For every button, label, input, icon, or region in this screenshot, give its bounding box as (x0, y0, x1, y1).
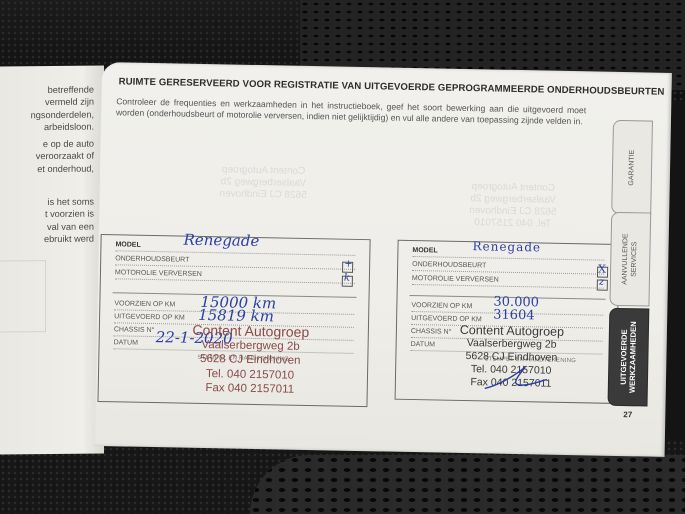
model-label: MODEL (115, 241, 142, 249)
oil-change-row: MOTOROLIE VERVERSEN (115, 267, 355, 284)
page-title: RUIMTE GERESERVEERD VOOR REGISTRATIE VAN… (119, 76, 665, 97)
oil-change-label: MOTOROLIE VERVERSEN (412, 275, 501, 284)
oil-change-checkbox[interactable]: k (342, 276, 353, 287)
text-line: betreffende (31, 84, 94, 97)
bleed-through-text: Content AutogroepVaalserbergweg 2b5628 C… (469, 181, 557, 231)
text-line: et onderhoud, (36, 162, 94, 175)
left-page-box (0, 260, 46, 333)
service-row: ONDERHOUDSBEURT (412, 259, 604, 275)
left-page: betreffende vermeld zijn ngsonderdelen, … (0, 65, 104, 454)
text-line: val van een (44, 220, 94, 233)
oil-change-label: MOTOROLIE VERVERSEN (115, 269, 204, 278)
right-page: RUIMTE GERESERVEERD VOOR REGISTRATIE VAN… (95, 62, 672, 457)
oil-change-row: MOTOROLIE VERVERSEN (412, 273, 604, 289)
text-line: e op de auto (36, 138, 94, 151)
stamp-city: 5628 CJ Eindhoven (185, 352, 315, 369)
signature (481, 362, 552, 393)
bleed-through-text: Content AutogroepVaalserbergweg 2b5628 C… (219, 164, 307, 202)
stamp-fax: Fax 040 2157011 (185, 381, 315, 398)
planned-km-label: VOORZIEN OP KM (114, 300, 177, 308)
text-line: veroorzaakt of (36, 150, 94, 163)
tab-garantie[interactable]: GARANTIE (611, 120, 653, 215)
date-label: DATUM (114, 339, 141, 347)
left-paragraph-1: betreffende vermeld zijn ngsonderdelen, … (31, 84, 94, 134)
seat-fabric-cushion (250, 455, 685, 514)
service-record-1: MODEL Renegade ONDERHOUDSBEURT + MOTOROL… (97, 234, 370, 407)
model-value[interactable]: Renegade (183, 231, 259, 250)
dealer-stamp: Content Autogroep Vaalserbergweg 2b 5628… (185, 323, 316, 398)
performed-km-label: UITGEVOERD OP KM (114, 313, 187, 321)
tab-uitgevoerde-werkzaamheden[interactable]: UITGEVOERDE WERKZAAMHEDEN (607, 308, 649, 407)
text-line: ngsonderdelen, (31, 108, 94, 121)
oil-change-checkbox[interactable]: z (597, 280, 608, 291)
service-label: ONDERHOUDSBEURT (115, 255, 191, 263)
service-label: ONDERHOUDSBEURT (412, 261, 488, 269)
tab-aanvullende-services[interactable]: AANVULLENDE SERVICES (609, 212, 651, 307)
date-label: DATUM (411, 341, 438, 349)
text-line: vermeld zijn (31, 96, 94, 109)
tab-label: GARANTIE (627, 149, 637, 185)
performed-km-label: UITGEVOERD OP KM (411, 315, 484, 323)
model-value[interactable]: Renegade (472, 239, 541, 254)
left-paragraph-3: is het soms t voorzien is val van een eb… (44, 196, 94, 246)
page-number: 27 (623, 410, 632, 419)
text-line: is het soms (44, 196, 94, 209)
tab-label: UITGEVOERDE WERKZAAMHEDEN (619, 321, 638, 393)
model-label: MODEL (412, 247, 439, 255)
text-line: arbeidsloon. (31, 121, 94, 134)
service-record-2: MODEL Renegade ONDERHOUDSBEURT X MOTOROL… (395, 240, 620, 404)
tab-label: AANVULLENDE SERVICES (621, 233, 640, 285)
performed-km-value[interactable]: 31604 (493, 308, 535, 324)
page-intro: Controleer de frequenties en werkzaamhed… (116, 96, 586, 127)
text-line: ebruikt werd (44, 233, 94, 246)
left-paragraph-2: e op de auto veroorzaakt of et onderhoud… (36, 138, 94, 176)
chassis-label: CHASSIS N° (114, 326, 157, 334)
planned-km-label: VOORZIEN OP KM (411, 302, 474, 310)
text-line: t voorzien is (44, 208, 94, 221)
